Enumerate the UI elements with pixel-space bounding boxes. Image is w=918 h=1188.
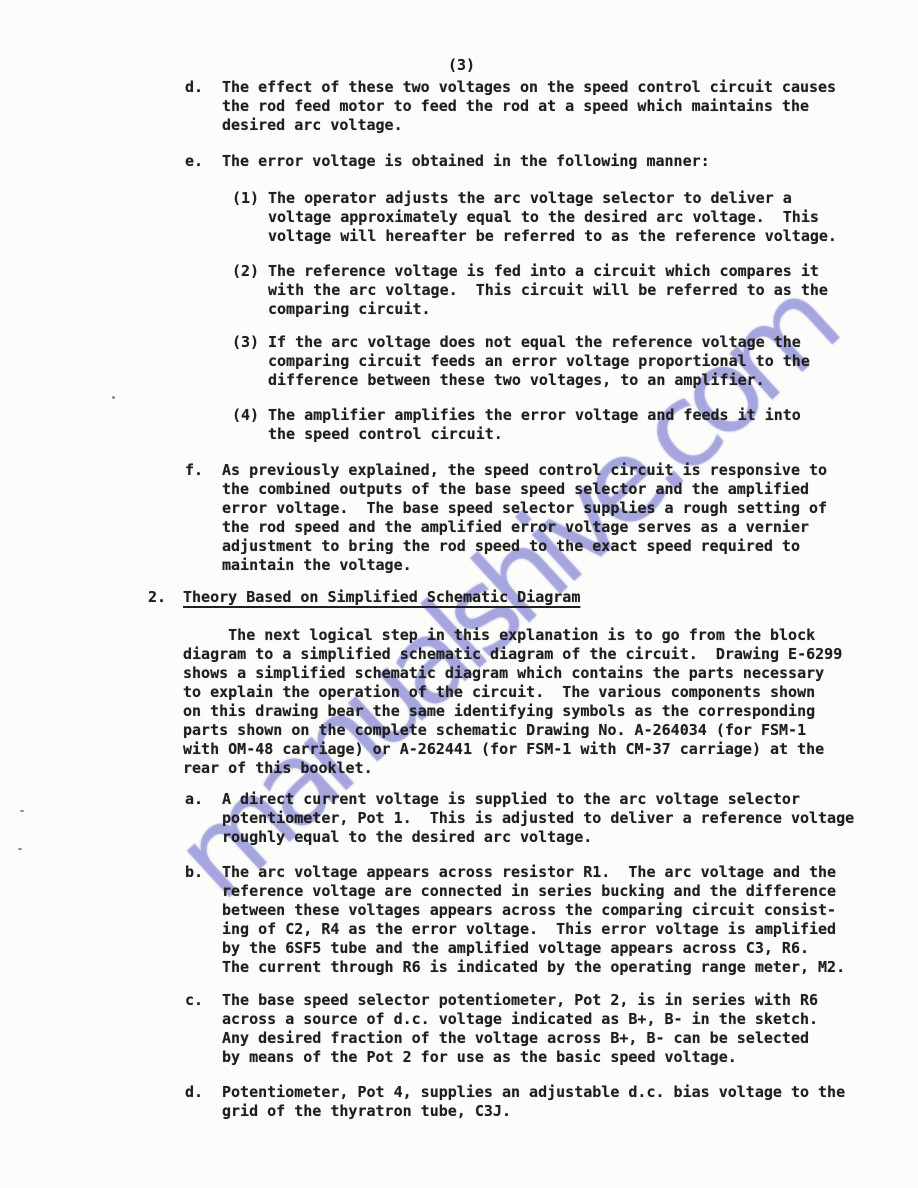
text-line: difference between these two voltages, t… (268, 371, 810, 390)
section-title-wrap: Theory Based on Simplified Schematic Dia… (183, 588, 580, 607)
section-heading: 2. Theory Based on Simplified Schematic … (148, 588, 580, 607)
numbered-item-2: (2) The reference voltage is fed into a … (232, 262, 828, 319)
list-marker: (3) (232, 333, 268, 390)
list-item-text: The base speed selector potentiometer, P… (222, 991, 818, 1067)
list-item-f: f. As previously explained, the speed co… (185, 461, 827, 575)
scan-speck (18, 848, 22, 850)
text-line: on this drawing bear the same identifyin… (183, 702, 842, 721)
list-item-text: If the arc voltage does not equal the re… (268, 333, 810, 390)
text-line: As previously explained, the speed contr… (222, 461, 827, 480)
text-line: maintain the voltage. (222, 556, 827, 575)
scan-speck (20, 810, 24, 812)
list-item-c: c. The base speed selector potentiometer… (185, 991, 818, 1067)
text-line: adjustment to bring the rod speed to the… (222, 537, 827, 556)
list-item-text: The operator adjusts the arc voltage sel… (268, 189, 837, 246)
text-line: parts shown on the complete schematic Dr… (183, 721, 842, 740)
text-line: the combined outputs of the base speed s… (222, 480, 827, 499)
text-line: The effect of these two voltages on the … (222, 78, 836, 97)
list-marker: f. (185, 461, 222, 575)
list-item-text: A direct current voltage is supplied to … (222, 790, 854, 847)
text-line: comparing circuit. (268, 300, 828, 319)
text-line: The operator adjusts the arc voltage sel… (268, 189, 837, 208)
text-line: potentiometer, Pot 1. This is adjusted t… (222, 809, 854, 828)
text-line: between these voltages appears across th… (222, 901, 845, 920)
list-marker: d. (185, 1083, 222, 1121)
text-line: If the arc voltage does not equal the re… (268, 333, 810, 352)
text-line: reference voltage are connected in serie… (222, 882, 845, 901)
numbered-item-3: (3) If the arc voltage does not equal th… (232, 333, 810, 390)
text-line: voltage will hereafter be referred to as… (268, 227, 837, 246)
list-item-text: The amplifier amplifies the error voltag… (268, 406, 801, 444)
text-line: the rod feed motor to feed the rod at a … (222, 97, 836, 116)
text-line: roughly equal to the desired arc voltage… (222, 828, 854, 847)
numbered-item-4: (4) The amplifier amplifies the error vo… (232, 406, 801, 444)
text-line: The amplifier amplifies the error voltag… (268, 406, 801, 425)
list-item-text: The reference voltage is fed into a circ… (268, 262, 828, 319)
list-item-d2: d. Potentiometer, Pot 4, supplies an adj… (185, 1083, 845, 1121)
text-line: rear of this booklet. (183, 759, 842, 778)
numbered-item-1: (1) The operator adjusts the arc voltage… (232, 189, 837, 246)
text-line: with OM-48 carriage) or A-262441 (for FS… (183, 740, 842, 759)
text-line: voltage approximately equal to the desir… (268, 208, 837, 227)
text-line: The current through R6 is indicated by t… (222, 958, 845, 977)
list-marker: (2) (232, 262, 268, 319)
text-line: with the arc voltage. This circuit will … (268, 281, 828, 300)
text-line: grid of the thyratron tube, C3J. (222, 1102, 845, 1121)
text-line: across a source of d.c. voltage indicate… (222, 1010, 818, 1029)
page-number: (3) (448, 56, 475, 75)
text-line: by the 6SF5 tube and the amplified volta… (222, 939, 845, 958)
text-line: The error voltage is obtained in the fol… (222, 152, 710, 171)
list-item-b: b. The arc voltage appears across resist… (185, 863, 845, 977)
text-line: The next logical step in this explanatio… (183, 626, 842, 645)
intro-paragraph: The next logical step in this explanatio… (183, 626, 842, 778)
section-title: Theory Based on Simplified Schematic Dia… (183, 588, 580, 607)
section-number: 2. (148, 588, 183, 607)
text-line: The base speed selector potentiometer, P… (222, 991, 818, 1010)
list-item-text: The arc voltage appears across resistor … (222, 863, 845, 977)
list-marker: (4) (232, 406, 268, 444)
text-line: ing of C2, R4 as the error voltage. This… (222, 920, 845, 939)
text-line: diagram to a simplified schematic diagra… (183, 645, 842, 664)
list-item-e: e. The error voltage is obtained in the … (185, 152, 710, 171)
list-item-text: Potentiometer, Pot 4, supplies an adjust… (222, 1083, 845, 1121)
document-page: manualshive.com (3) d. The effect of the… (0, 0, 918, 1188)
text-line: to explain the operation of the circuit.… (183, 683, 842, 702)
list-marker: e. (185, 152, 222, 171)
text-line: Potentiometer, Pot 4, supplies an adjust… (222, 1083, 845, 1102)
list-item-text: As previously explained, the speed contr… (222, 461, 827, 575)
list-item-text: The error voltage is obtained in the fol… (222, 152, 710, 171)
list-item-text: The effect of these two voltages on the … (222, 78, 836, 135)
text-line: Any desired fraction of the voltage acro… (222, 1029, 818, 1048)
text-line: desired arc voltage. (222, 116, 836, 135)
text-line: the rod speed and the amplified error vo… (222, 518, 827, 537)
list-item-a: a. A direct current voltage is supplied … (185, 790, 854, 847)
list-item-d: d. The effect of these two voltages on t… (185, 78, 836, 135)
list-marker: c. (185, 991, 222, 1067)
text-line: shows a simplified schematic diagram whi… (183, 664, 842, 683)
list-marker: a. (185, 790, 222, 847)
text-line: comparing circuit feeds an error voltage… (268, 352, 810, 371)
list-marker: d. (185, 78, 222, 135)
text-line: The reference voltage is fed into a circ… (268, 262, 828, 281)
list-marker: b. (185, 863, 222, 977)
text-line: The arc voltage appears across resistor … (222, 863, 845, 882)
text-line: by means of the Pot 2 for use as the bas… (222, 1048, 818, 1067)
text-line: error voltage. The base speed selector s… (222, 499, 827, 518)
scan-speck (112, 396, 115, 399)
list-marker: (1) (232, 189, 268, 246)
text-line: A direct current voltage is supplied to … (222, 790, 854, 809)
text-line: the speed control circuit. (268, 425, 801, 444)
